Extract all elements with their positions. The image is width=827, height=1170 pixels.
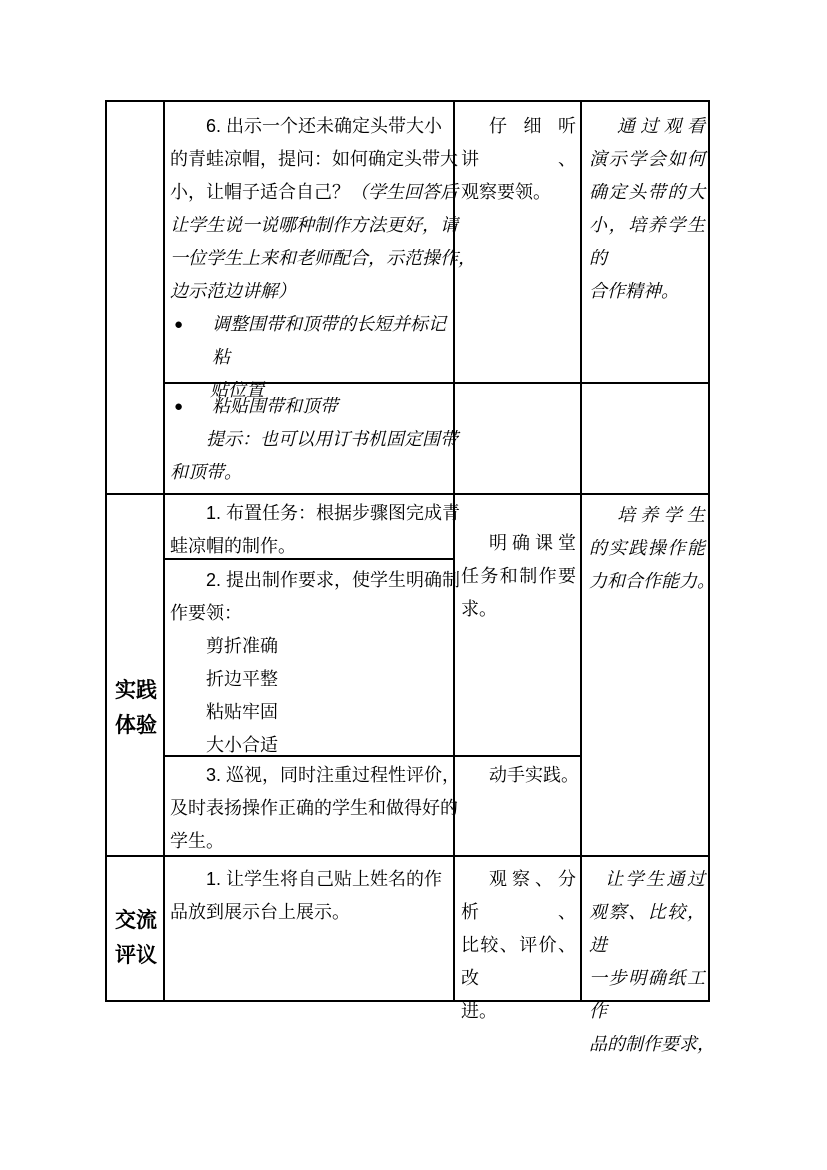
text-line: 的实践操作能 <box>589 532 705 565</box>
stage-header-practice-line2: 体验 <box>115 708 157 743</box>
teacher-activity-patrol-cell: 3. 巡视，同时注重过程性评价， 及时表扬操作正确的学生和做得好的 学生。 <box>165 759 453 855</box>
text-line: 蛙凉帽的制作。 <box>170 530 448 563</box>
column-divider-2 <box>453 102 455 1000</box>
document-page: 实践 体验 交流 评议 6. 出示一个还未确定头带大小 的青蛙凉帽，提问：如何确… <box>0 0 827 1170</box>
text-line: 边示范边讲解） <box>170 275 448 308</box>
lesson-plan-table: 实践 体验 交流 评议 6. 出示一个还未确定头带大小 的青蛙凉帽，提问：如何确… <box>105 100 710 1002</box>
text-line: 演示学会如何 <box>589 143 705 176</box>
student-activity-listen-cell: 仔细听讲、 观察要领。 <box>457 104 580 382</box>
stage-header-practice: 实践 体验 <box>109 495 163 855</box>
design-intent-observe-cell: 通过观看 演示学会如何 确定头带的大 小，培养学生的 合作精神。 <box>584 104 710 382</box>
text-line: 观察、比较，进 <box>589 896 705 962</box>
text-line: 明确课堂 <box>461 527 576 560</box>
bullet-icon: ● <box>170 308 212 374</box>
text-line: 观察、分析、 <box>461 863 576 929</box>
text-line: 及时表扬操作正确的学生和做得好的 <box>170 792 448 825</box>
teacher-activity-step6-cell: 6. 出示一个还未确定头带大小 的青蛙凉帽，提问：如何确定头带大 小，让帽子适合… <box>165 104 453 382</box>
text-line: 让学生说一说哪种制作方法更好，请 <box>170 209 448 242</box>
text-line: 进。 <box>461 995 576 1028</box>
text-line: 学生。 <box>170 825 448 858</box>
design-intent-review-cell: 让学生通过 观察、比较，进 一步明确纸工作 品的制作要求， <box>584 859 710 1002</box>
text-line: 一步明确纸工作 <box>589 962 705 1028</box>
text-line: 力和合作能力。 <box>589 565 705 598</box>
text-line: 粘贴牢固 <box>170 696 448 729</box>
text-line: 品的制作要求， <box>589 1028 705 1061</box>
text-line: 小，让帽子适合自己？（学生回答后 <box>170 176 448 209</box>
text-line: 的青蛙凉帽，提问：如何确定头带大 <box>170 143 448 176</box>
text-line: 确定头带的大 <box>589 176 705 209</box>
text-run-kai: （学生回答后 <box>350 182 458 203</box>
bullet-text: 调整围带和顶带的长短并标记粘 <box>212 308 448 374</box>
text-line: 让学生通过 <box>589 863 705 896</box>
text-line: 仔细听讲、 <box>461 110 576 176</box>
teacher-activity-requirements-cell: 2. 提出制作要求，使学生明确制 作要领： 剪折准确 折边平整 粘贴牢固 大小合… <box>165 562 453 755</box>
stage-header-review-line2: 评议 <box>115 938 157 973</box>
text-line: 一位学生上来和老师配合，示范操作， <box>170 242 448 275</box>
text-line: 比较、评价、改 <box>461 929 576 995</box>
text-line: 2. 提出制作要求，使学生明确制 <box>170 564 448 597</box>
text-line: 1. 让学生将自己贴上姓名的作 <box>170 863 448 896</box>
text-line: 求。 <box>461 593 576 626</box>
text-line: 通过观看 <box>589 110 705 143</box>
text-line: 大小合适 <box>170 729 448 762</box>
text-line: 提示：也可以用订书机固定围带 <box>170 423 448 456</box>
design-intent-practice-cell: 培养学生 的实践操作能 力和合作能力。 <box>584 497 710 855</box>
bullet-icon: ● <box>170 390 212 423</box>
teacher-activity-assign-task-cell: 1. 布置任务：根据步骤图完成青 蛙凉帽的制作。 <box>165 497 453 558</box>
stage-header-review-line1: 交流 <box>115 903 157 938</box>
text-line: 观察要领。 <box>461 176 576 209</box>
text-line: 1. 布置任务：根据步骤图完成青 <box>170 497 448 530</box>
text-line: 任务和制作要 <box>461 560 576 593</box>
text-line: 剪折准确 <box>170 630 448 663</box>
bullet-line: ● 调整围带和顶带的长短并标记粘 <box>170 308 448 374</box>
stage-header-review: 交流 评议 <box>109 857 163 1000</box>
row-divider-2 <box>107 493 708 495</box>
column-divider-3 <box>580 102 582 1000</box>
text-run: 小，让帽子适合自己？ <box>170 182 350 202</box>
student-activity-handson-cell: 动手实践。 <box>457 759 580 855</box>
student-activity-clarify-cell: 明确课堂 任务和制作要 求。 <box>457 497 580 755</box>
bullet-line: ● 粘贴围带和顶带 <box>170 390 448 423</box>
text-line: 作要领： <box>170 597 448 630</box>
stage-header-practice-line1: 实践 <box>115 673 157 708</box>
text-line: 小，培养学生的 <box>589 209 705 275</box>
text-line: 6. 出示一个还未确定头带大小 <box>170 110 448 143</box>
stage-header-empty-cell <box>109 104 163 493</box>
text-line: 3. 巡视，同时注重过程性评价， <box>170 759 448 792</box>
teacher-activity-paste-cell: ● 粘贴围带和顶带 提示：也可以用订书机固定围带 和顶带。 <box>165 386 453 493</box>
text-line: 折边平整 <box>170 663 448 696</box>
text-line: 培养学生 <box>589 499 705 532</box>
text-line: 动手实践。 <box>461 759 576 792</box>
teacher-activity-display-cell: 1. 让学生将自己贴上姓名的作 品放到展示台上展示。 <box>165 859 453 1002</box>
student-activity-evaluate-cell: 观察、分析、 比较、评价、改 进。 <box>457 859 580 1002</box>
text-line: 合作精神。 <box>589 275 705 308</box>
text-line: 和顶带。 <box>170 456 448 489</box>
text-line: 品放到展示台上展示。 <box>170 896 448 929</box>
bullet-text: 粘贴围带和顶带 <box>212 390 448 423</box>
